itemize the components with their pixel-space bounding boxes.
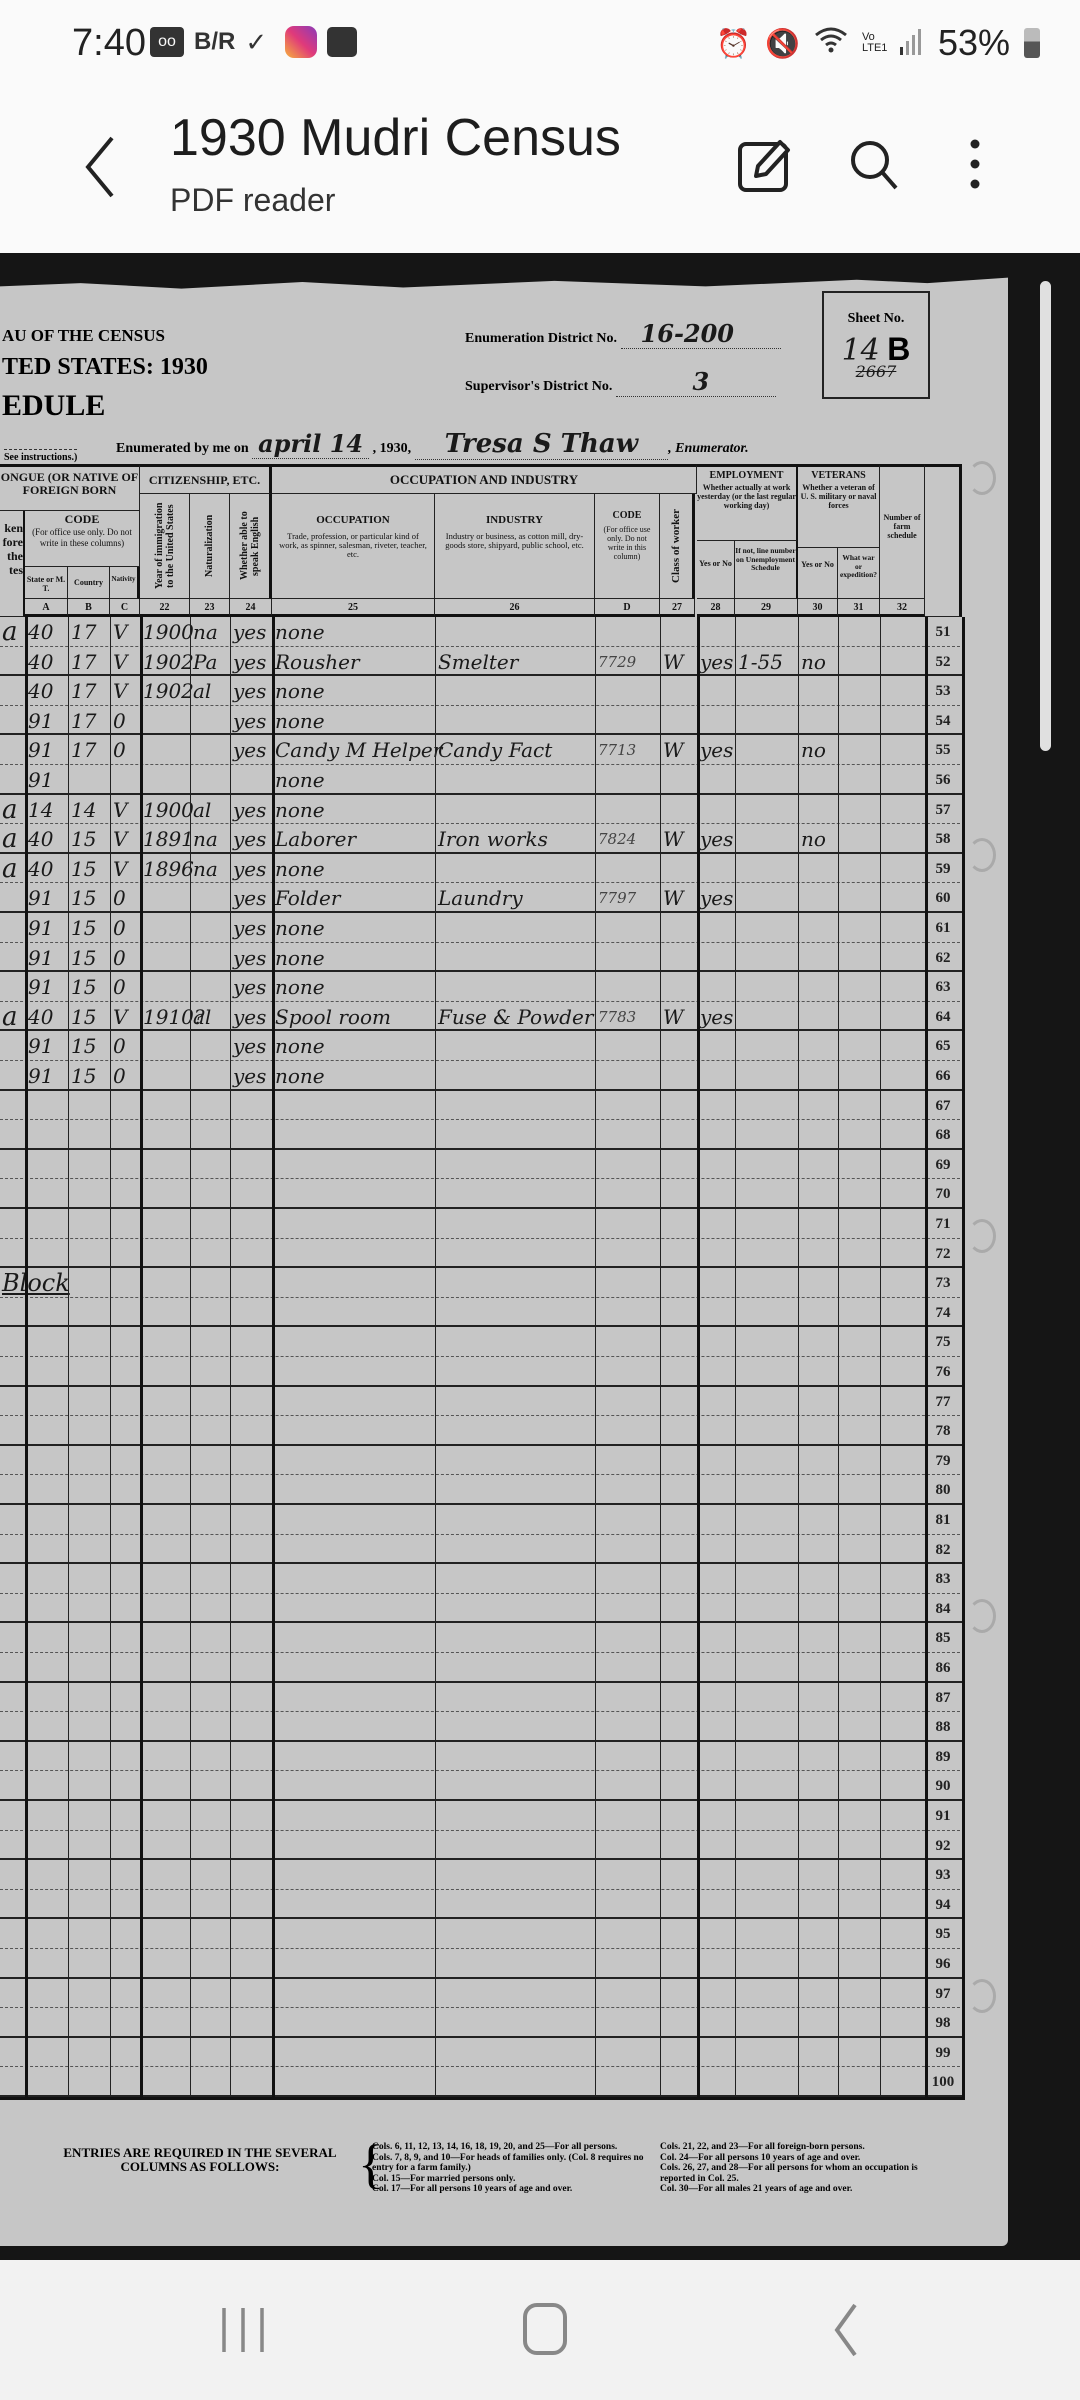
column-number: 24	[230, 599, 272, 617]
cell-24: yes	[233, 795, 266, 825]
navigation-bar	[0, 2260, 1080, 2400]
cell-23: al	[193, 1002, 211, 1032]
sheet-subnumber: 2667	[824, 362, 928, 381]
table-row: 96	[0, 1949, 965, 1979]
state-code-header: State or M. T.	[25, 567, 68, 599]
table-row: 69	[0, 1150, 965, 1180]
margin-mark: a	[2, 617, 18, 647]
table-row: 82	[0, 1535, 965, 1565]
table-row: 91	[0, 1801, 965, 1831]
line-number: 66	[927, 1061, 959, 1091]
line-number: 60	[927, 883, 959, 913]
tongue-group-header: ONGUE (OR NATIVE OF FOREIGN BORN	[0, 464, 140, 511]
recent-apps-button[interactable]	[208, 2300, 278, 2360]
cell-C: 0	[113, 706, 126, 736]
cell-23: na	[193, 617, 218, 647]
cell-25: none	[275, 854, 325, 884]
cell-27: W	[663, 735, 684, 765]
line-number: 82	[927, 1535, 959, 1565]
column-number: B	[68, 599, 110, 617]
footer-rules-left: Cols. 6, 11, 12, 13, 14, 16, 18, 19, 20,…	[372, 2142, 652, 2195]
cell-28: yes	[700, 647, 733, 677]
cell-26: Laundry	[438, 883, 523, 913]
signal-icon	[900, 22, 924, 64]
download-done-icon: ✓	[245, 27, 275, 57]
cell-B: 15	[71, 854, 96, 884]
cell-A: 91	[28, 706, 53, 736]
tongue-partial-header: ken fore the tes	[0, 511, 25, 617]
cell-C: V	[113, 617, 127, 647]
line-number: 72	[927, 1239, 959, 1269]
cell-A: 91	[28, 972, 53, 1002]
grid-line	[272, 617, 275, 2097]
enumerator-name: Tresa S Thaw	[415, 429, 669, 460]
cell-D: 7713	[598, 735, 636, 765]
cell-C: 0	[113, 972, 126, 1002]
census-page: AU OF THE CENSUS TED STATES: 1930 EDULE …	[0, 271, 1008, 2246]
app-subtitle: PDF reader	[170, 182, 335, 219]
b-r-app-icon: B/R	[194, 27, 235, 57]
line-number: 100	[927, 2067, 959, 2097]
cell-C: 0	[113, 943, 126, 973]
cell-A: 91	[28, 765, 53, 795]
column-number: 27	[660, 599, 695, 617]
year-immigration-header: Year of immigration to the United States	[140, 494, 190, 599]
cell-23: na	[193, 854, 218, 884]
table-row: 71	[0, 1209, 965, 1239]
table-row: a4015V1896nayesnone59	[0, 854, 965, 884]
cell-22: 1900	[143, 617, 194, 647]
cell-26: Fuse & Powder	[438, 1002, 593, 1032]
table-bottom-border	[0, 2097, 965, 2100]
grid-line	[595, 617, 596, 2097]
footer-rules-right: Cols. 21, 22, and 23—For all foreign-bor…	[660, 2142, 940, 2195]
volte-icon: Vo LTE1	[862, 32, 886, 54]
cell-B: 17	[71, 735, 96, 765]
table-row: 75	[0, 1327, 965, 1357]
cell-23: na	[193, 824, 218, 854]
sheet-number-box: Sheet No. 14 B 2667	[822, 291, 930, 399]
cell-B: 15	[71, 972, 96, 1002]
line-number: 74	[927, 1298, 959, 1328]
table-row: 91150yesFolderLaundry7797Wyes60	[0, 883, 965, 913]
code-group-header: CODE (For office use only. Do not write …	[25, 511, 140, 567]
line-number: 94	[927, 1890, 959, 1920]
cell-25: none	[275, 765, 325, 795]
margin-mark: a	[2, 795, 18, 825]
class-of-worker-header: Class of worker	[660, 494, 695, 599]
table-row: 91150yesnone66	[0, 1061, 965, 1091]
app-bar: 1930 Mudri Census PDF reader	[0, 90, 1080, 253]
more-options-button[interactable]	[940, 130, 1010, 200]
cell-24: yes	[233, 913, 266, 943]
cell-25: none	[275, 943, 325, 973]
table-row: 91170yesCandy M HelperCandy Fact7713Wyes…	[0, 735, 965, 765]
cell-28: yes	[700, 1002, 733, 1032]
table-row: 4017V1902alyesnone53	[0, 676, 965, 706]
line-number: 57	[927, 795, 959, 825]
cell-23: al	[193, 676, 211, 706]
cell-25: Laborer	[275, 824, 356, 854]
cell-A: 91	[28, 735, 53, 765]
line-number: 95	[927, 1919, 959, 1949]
column-number: 25	[272, 599, 435, 617]
table-row: 80	[0, 1475, 965, 1505]
table-row: 68	[0, 1120, 965, 1150]
gallery-icon	[327, 27, 357, 57]
line-number: 59	[927, 854, 959, 884]
mute-icon: 🔇	[765, 27, 800, 60]
veterans-group-header: VETERANS Whether a veteran of U. S. mili…	[798, 464, 880, 548]
grid-line	[660, 617, 661, 2097]
column-number: C	[110, 599, 140, 617]
cell-22: 1896	[143, 854, 194, 884]
cell-C: 0	[113, 735, 126, 765]
column-number: 30	[798, 599, 838, 617]
unemployment-line-header: If not, line number on Unemployment Sche…	[735, 541, 798, 599]
cell-26: Smelter	[438, 647, 518, 677]
table-row: 67	[0, 1091, 965, 1121]
cell-B: 17	[71, 676, 96, 706]
cell-D: 7783	[598, 1002, 636, 1032]
table-row: 72	[0, 1239, 965, 1269]
cell-A: 40	[28, 617, 53, 647]
citizenship-group-header: CITIZENSHIP, ETC.	[140, 464, 272, 494]
cell-22: 1891	[143, 824, 194, 854]
cell-B: 15	[71, 824, 96, 854]
table-row: 91150yesnone61	[0, 913, 965, 943]
cell-27: W	[663, 824, 684, 854]
table-row: 74	[0, 1298, 965, 1328]
table-row: 91150yesnone65	[0, 1031, 965, 1061]
cell-C: V	[113, 676, 127, 706]
cell-30: no	[801, 647, 826, 677]
occupation-header: OCCUPATION Trade, profession, or particu…	[272, 494, 435, 599]
cell-24: yes	[233, 854, 266, 884]
naturalization-header: Naturalization	[190, 494, 230, 599]
cell-C: 0	[113, 1031, 126, 1061]
cell-22: 1902	[143, 647, 194, 677]
table-row: 83	[0, 1564, 965, 1594]
grid-line	[880, 617, 881, 2097]
line-number-header	[925, 464, 962, 617]
table-row: 90	[0, 1771, 965, 1801]
table-row: 77	[0, 1387, 965, 1417]
supervisor-district-value: 3	[616, 367, 776, 397]
cell-26: Iron works	[438, 824, 548, 854]
line-number: 96	[927, 1949, 959, 1979]
grid-line	[798, 617, 799, 2097]
instagram-icon	[285, 26, 317, 58]
cell-A: 40	[28, 854, 53, 884]
occupation-industry-group-header: OCCUPATION AND INDUSTRY	[272, 464, 697, 494]
column-number: 26	[435, 599, 595, 617]
line-number: 99	[927, 2038, 959, 2068]
back-icon	[815, 2300, 885, 2360]
see-instructions: See instructions.)	[4, 449, 77, 463]
cell-24: yes	[233, 1031, 266, 1061]
punch-hole	[968, 838, 996, 872]
cell-A: 91	[28, 1031, 53, 1061]
punch-hole	[968, 1599, 996, 1633]
cell-24: yes	[233, 647, 266, 677]
line-number: 76	[927, 1357, 959, 1387]
table-row: 79	[0, 1446, 965, 1476]
home-icon	[510, 2300, 580, 2360]
line-number: 73	[927, 1268, 959, 1298]
column-number: 29	[735, 599, 798, 617]
veteran-yes-no-header: Yes or No	[798, 548, 838, 599]
cell-A: 40	[28, 647, 53, 677]
column-number: 28	[697, 599, 735, 617]
table-row: 99	[0, 2038, 965, 2068]
table-row: a1414V1900alyesnone57	[0, 795, 965, 825]
cell-25: none	[275, 1031, 325, 1061]
table-row: 91170yesnone54	[0, 706, 965, 736]
cell-25: none	[275, 676, 325, 706]
line-number: 91	[927, 1801, 959, 1831]
grid-line	[230, 617, 231, 2097]
table-row: 70	[0, 1179, 965, 1209]
line-number: 75	[927, 1327, 959, 1357]
line-number: 97	[927, 1979, 959, 2009]
table-row: 89	[0, 1742, 965, 1772]
line-number: 58	[927, 824, 959, 854]
line-number: 79	[927, 1446, 959, 1476]
cell-28: yes	[700, 735, 733, 765]
footer-heading: ENTRIES ARE REQUIRED IN THE SEVERAL COLU…	[60, 2146, 340, 2174]
line-number: 69	[927, 1150, 959, 1180]
cell-25: none	[275, 706, 325, 736]
cell-22: 1900	[143, 795, 194, 825]
line-number: 84	[927, 1594, 959, 1624]
table-row: 91none56	[0, 765, 965, 795]
table-row: 76	[0, 1357, 965, 1387]
table-row: 100	[0, 2067, 965, 2097]
home-button[interactable]	[510, 2300, 580, 2360]
line-number: 90	[927, 1771, 959, 1801]
cell-C: 0	[113, 913, 126, 943]
search-icon	[840, 130, 910, 200]
cell-C: V	[113, 647, 127, 677]
cell-A: 40	[28, 676, 53, 706]
nativity-code-header: Nativity	[110, 567, 140, 599]
table-row: 97	[0, 1979, 965, 2009]
schedule-heading: EDULE	[2, 389, 105, 423]
table-row: 93	[0, 1860, 965, 1890]
document-title: 1930 Mudri Census	[170, 108, 621, 168]
line-number: 85	[927, 1623, 959, 1653]
table-row: a4017V1900nayesnone51	[0, 617, 965, 647]
line-number: 52	[927, 647, 959, 677]
cell-A: 91	[28, 943, 53, 973]
line-number: 64	[927, 1002, 959, 1032]
line-number: 86	[927, 1653, 959, 1683]
line-number: 89	[927, 1742, 959, 1772]
country-code-header: Country	[68, 567, 110, 599]
system-icons: ⏰ 🔇 Vo LTE1 53%	[716, 22, 1040, 64]
chevron-left-icon	[78, 132, 122, 202]
table-row: 81	[0, 1505, 965, 1535]
cell-D: 7824	[598, 824, 636, 854]
system-back-button[interactable]	[815, 2300, 885, 2360]
census-table: ONGUE (OR NATIVE OF FOREIGN BORN ken for…	[0, 464, 965, 2184]
enumeration-district-value: 16-200	[621, 319, 781, 349]
grid-line	[697, 617, 700, 2097]
cell-B: 17	[71, 647, 96, 677]
table-row: 92	[0, 1831, 965, 1861]
edit-button[interactable]	[730, 130, 800, 200]
cell-24: yes	[233, 883, 266, 913]
cell-27: W	[663, 647, 684, 677]
cell-D: 7729	[598, 647, 636, 677]
line-number: 81	[927, 1505, 959, 1535]
scrollbar-thumb[interactable]	[1040, 281, 1051, 751]
grid-line	[962, 617, 965, 2097]
line-number: 63	[927, 972, 959, 1002]
status-bar: 7:40 oo B/R ✓ ⏰ 🔇 Vo LTE1 53%	[0, 0, 1080, 90]
notification-icons: oo B/R ✓	[150, 26, 357, 58]
line-number: 77	[927, 1387, 959, 1417]
cell-A: 91	[28, 913, 53, 943]
cell-24: yes	[233, 1002, 266, 1032]
cell-C: 0	[113, 883, 126, 913]
grid-line	[190, 617, 191, 2097]
cell-A: 40	[28, 824, 53, 854]
cell-30: no	[801, 735, 826, 765]
cell-27: W	[663, 883, 684, 913]
line-number: 62	[927, 943, 959, 973]
margin-mark: a	[2, 854, 18, 884]
cell-B: 15	[71, 943, 96, 973]
employment-group-header: EMPLOYMENT Whether actually at work yest…	[697, 464, 798, 541]
industry-code-header: CODE (For office use only. Do not write …	[595, 494, 660, 599]
cell-B: 17	[71, 617, 96, 647]
line-number: 51	[927, 617, 959, 647]
punch-hole	[968, 461, 996, 495]
cell-25: none	[275, 1061, 325, 1091]
line-number: 78	[927, 1416, 959, 1446]
line-number: 87	[927, 1683, 959, 1713]
back-button[interactable]	[78, 132, 122, 202]
margin-note: Block	[2, 1268, 70, 1298]
table-row: a4015V1891nayesLaborerIron works7824Wyes…	[0, 824, 965, 854]
cell-C: V	[113, 1002, 127, 1032]
cell-B: 14	[71, 795, 96, 825]
war-expedition-header: What war or expedition?	[838, 548, 880, 599]
table-row: a4015V1910?alyesSpool roomFuse & Powder7…	[0, 1002, 965, 1032]
battery-percent: 53%	[938, 22, 1010, 64]
cell-24: yes	[233, 824, 266, 854]
cell-C: V	[113, 795, 127, 825]
line-number: 70	[927, 1179, 959, 1209]
table-row: 84	[0, 1594, 965, 1624]
cell-C: 0	[113, 1061, 126, 1091]
cell-25: Spool room	[275, 1002, 391, 1032]
recent-apps-icon	[208, 2300, 278, 2360]
cell-24: yes	[233, 676, 266, 706]
cell-27: W	[663, 1002, 684, 1032]
more-vert-icon	[940, 130, 1010, 200]
cell-26: Candy Fact	[438, 735, 552, 765]
farm-schedule-header: Number of farm schedule	[880, 464, 925, 599]
cell-C: V	[113, 854, 127, 884]
industry-header: INDUSTRY Industry or business, as cotton…	[435, 494, 595, 599]
line-number: 67	[927, 1091, 959, 1121]
line-number: 71	[927, 1209, 959, 1239]
cell-28: yes	[700, 883, 733, 913]
supervisor-district: Supervisor's District No. 3	[465, 367, 776, 397]
cell-30: no	[801, 824, 826, 854]
cell-25: none	[275, 617, 325, 647]
column-number: D	[595, 599, 660, 617]
grid-line	[735, 617, 736, 2097]
line-number: 83	[927, 1564, 959, 1594]
cell-24: yes	[233, 735, 266, 765]
line-number: 80	[927, 1475, 959, 1505]
cell-B: 15	[71, 913, 96, 943]
enumerated-by-line: Enumerated by me on april 14 , 1930, Tre…	[116, 429, 749, 459]
cell-22: 1902	[143, 676, 194, 706]
cell-D: 7797	[598, 883, 636, 913]
cell-B: 15	[71, 1031, 96, 1061]
cell-A: 91	[28, 1061, 53, 1091]
cell-24: yes	[233, 972, 266, 1002]
line-number: 61	[927, 913, 959, 943]
table-row: 91150yesnone62	[0, 943, 965, 973]
column-number: A	[25, 599, 68, 617]
cell-25: none	[275, 795, 325, 825]
table-row: 86	[0, 1653, 965, 1683]
punch-hole	[968, 1979, 996, 2013]
enumeration-date: april 14	[252, 429, 369, 459]
cell-B: 17	[71, 706, 96, 736]
grid-line	[68, 617, 69, 2097]
line-number: 65	[927, 1031, 959, 1061]
cell-24: yes	[233, 706, 266, 736]
census-heading: TED STATES: 1930	[2, 354, 208, 381]
column-number: 32	[880, 599, 925, 617]
pdf-viewer[interactable]: AU OF THE CENSUS TED STATES: 1930 EDULE …	[0, 253, 1080, 2260]
wifi-icon	[814, 25, 848, 62]
alarm-icon: ⏰	[716, 27, 751, 60]
table-row: 94	[0, 1890, 965, 1920]
grid-line	[110, 617, 111, 2097]
line-number: 88	[927, 1712, 959, 1742]
cell-25: Folder	[275, 883, 340, 913]
cell-25: none	[275, 913, 325, 943]
column-number: 23	[190, 599, 230, 617]
cell-25: none	[275, 972, 325, 1002]
voicemail-icon: oo	[150, 27, 184, 57]
table-row: 98	[0, 2008, 965, 2038]
cell-A: 14	[28, 795, 53, 825]
edit-icon	[730, 130, 800, 200]
grid-line	[925, 617, 928, 2097]
search-button[interactable]	[840, 130, 910, 200]
margin-mark: a	[2, 824, 18, 854]
table-row: 87	[0, 1683, 965, 1713]
table-row: 95	[0, 1919, 965, 1949]
status-time: 7:40	[72, 22, 146, 65]
cell-A: 91	[28, 883, 53, 913]
cell-C: V	[113, 824, 127, 854]
cell-B: 15	[71, 1002, 96, 1032]
cell-24: yes	[233, 943, 266, 973]
grid-line	[435, 617, 436, 2097]
cell-A: 40	[28, 1002, 53, 1032]
cell-24: yes	[233, 617, 266, 647]
